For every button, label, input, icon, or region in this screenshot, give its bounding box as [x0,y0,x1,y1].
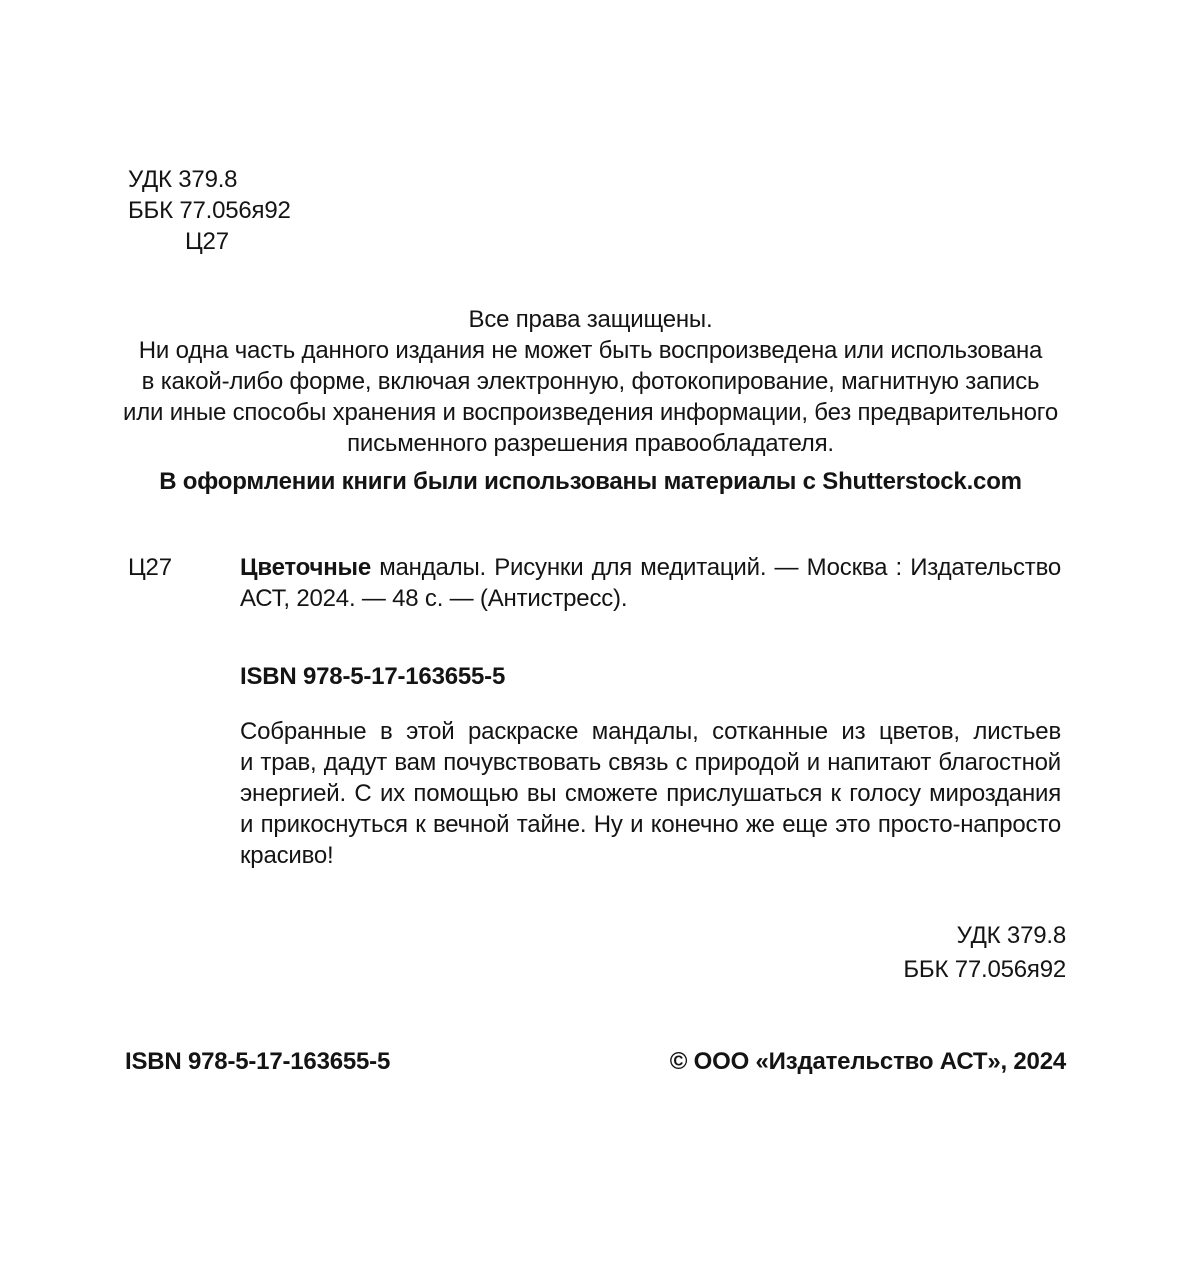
catalog-entry-line2: АСТ, 2024. — 48 с. — (Антистресс). [240,583,1061,614]
catalog-entry: Цветочные мандалы. Рисунки для медитаций… [240,552,1061,614]
footer-copyright: © ООО «Издательство АСТ», 2024 [670,1046,1066,1077]
footer-row: ISBN 978-5-17-163655-5 © ООО «Издательст… [125,1046,1066,1077]
book-imprint-page: УДК 379.8 ББК 77.056я92 Ц27 Все права за… [0,0,1181,1270]
top-codes-block: УДК 379.8 ББК 77.056я92 Ц27 [128,164,291,257]
catalog-entry-line1: Цветочные мандалы. Рисунки для медитаций… [240,552,1061,583]
footer-isbn: ISBN 978-5-17-163655-5 [125,1046,390,1077]
catalog-title-rest: мандалы. Рисунки для медитаций. — Москва… [371,554,1061,581]
annotation-line: Собранные в этой раскраске мандалы, сотк… [240,716,1061,747]
rights-line: Ни одна часть данного издания не может б… [0,335,1181,366]
annotation-line: и трав, дадут вам почувствовать связь с … [240,747,1061,778]
isbn-number: ISBN 978-5-17-163655-5 [240,661,505,692]
materials-note: В оформлении книги были использованы мат… [0,466,1181,497]
rights-notice: Все права защищены. Ни одна часть данног… [0,304,1181,459]
rights-line: Все права защищены. [0,304,1181,335]
bbk-code: ББК 77.056я92 [128,195,291,226]
rights-line: или иные способы хранения и воспроизведе… [0,397,1181,428]
bottom-codes-block: УДК 379.8 ББК 77.056я92 [903,919,1066,987]
catalog-entry-code: Ц27 [128,552,172,583]
rights-line: письменного разрешения правообладателя. [0,428,1181,459]
udk-code: УДК 379.8 [128,164,291,195]
catalog-title-bold: Цветочные [240,554,371,581]
bbk-code-bottom: ББК 77.056я92 [903,953,1066,987]
annotation-line: энергией. С их помощью вы сможете прислу… [240,778,1061,809]
annotation-line: красиво! [240,840,1061,871]
annotation-line: и прикоснуться к вечной тайне. Ну и коне… [240,809,1061,840]
author-sign-code: Ц27 [128,226,291,257]
udk-code-bottom: УДК 379.8 [903,919,1066,953]
rights-line: в какой-либо форме, включая электронную,… [0,366,1181,397]
annotation-paragraph: Собранные в этой раскраске мандалы, сотк… [240,716,1061,871]
